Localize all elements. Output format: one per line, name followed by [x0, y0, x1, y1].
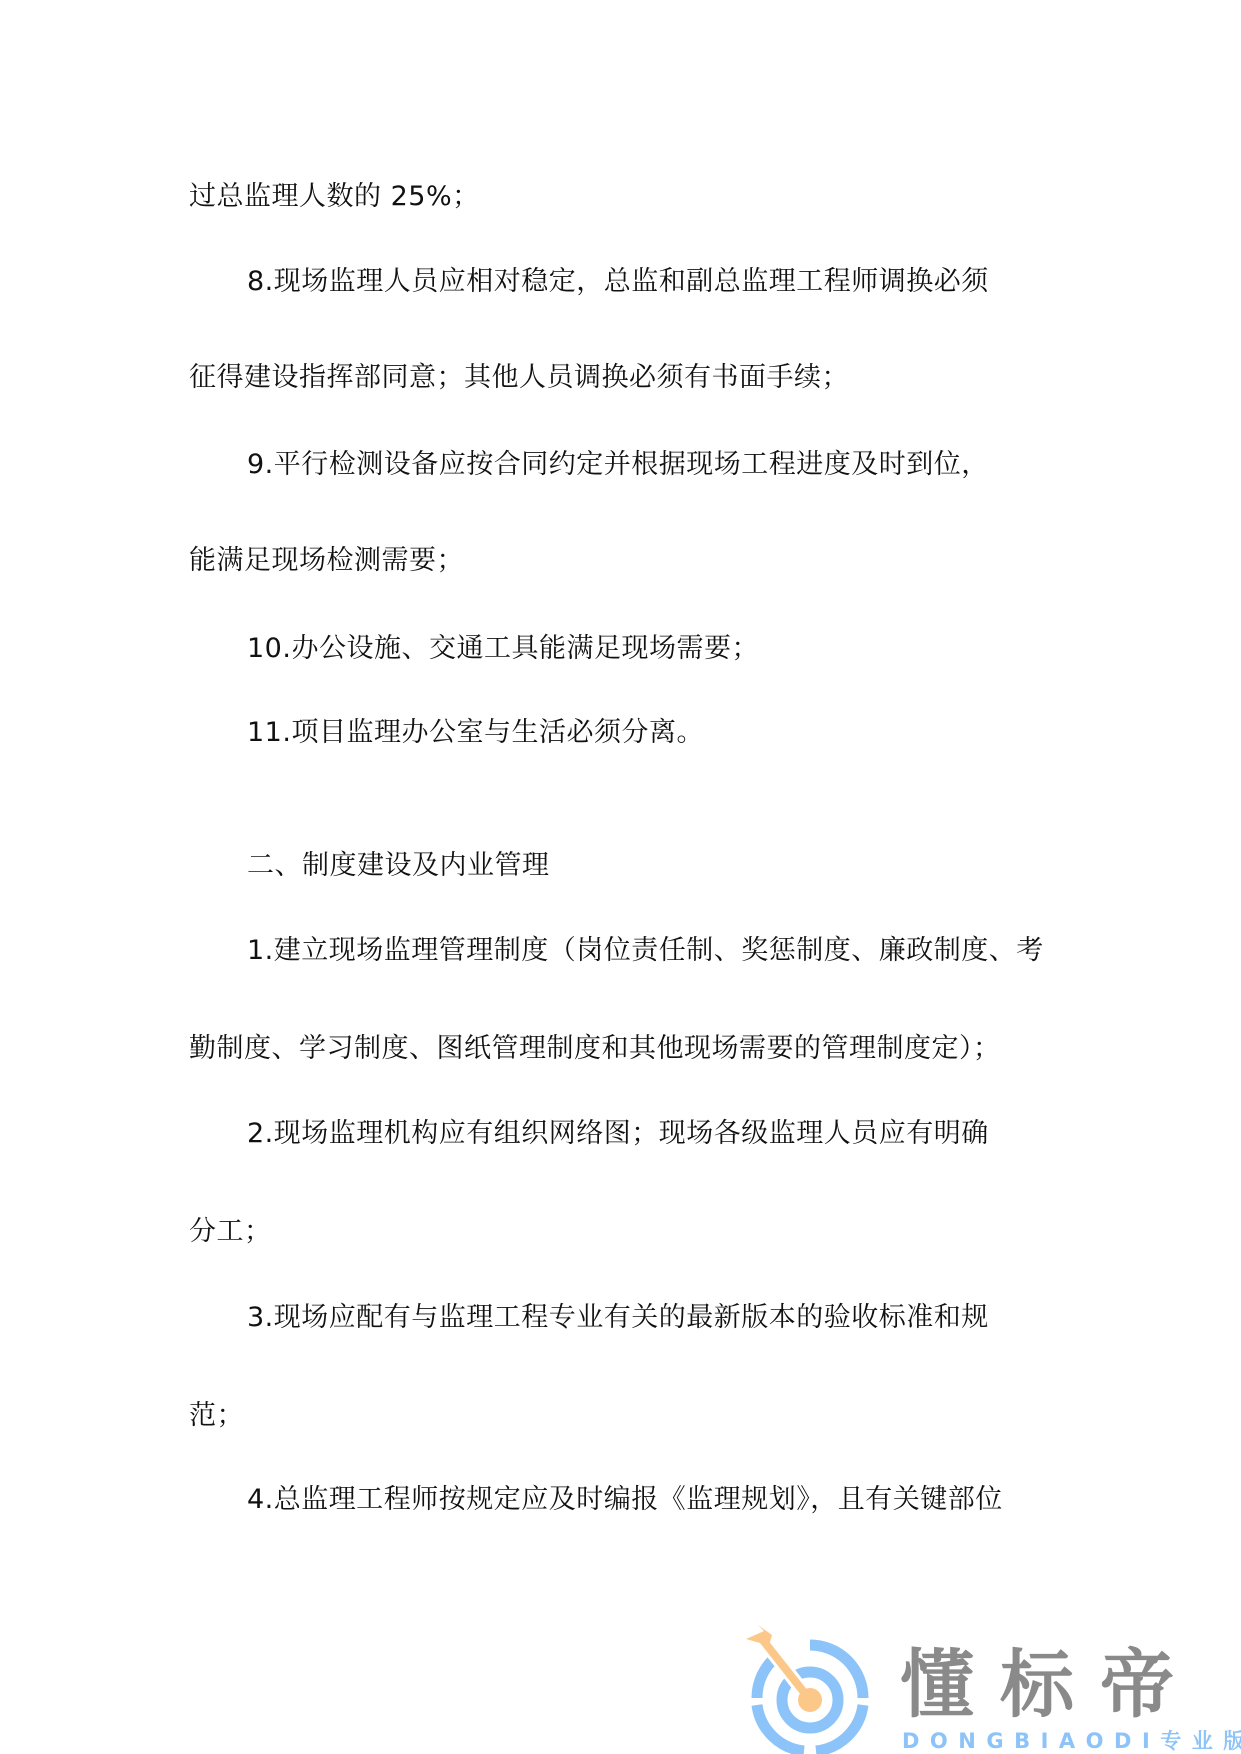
text-line: 能满足现场检测需要；	[189, 544, 464, 578]
text-line: 范；	[189, 1399, 244, 1433]
text-line: 2.现场监理机构应有组织网络图；现场各级监理人员应有明确	[247, 1117, 989, 1151]
text-line: 过总监理人数的 25%；	[189, 180, 480, 214]
text-line: 4.总监理工程师按规定应及时编报《监理规划》，且有关键部位	[247, 1483, 1003, 1517]
text-line: 1.建立现场监理管理制度（岗位责任制、奖惩制度、廉政制度、考	[247, 934, 1044, 968]
document-page: 过总监理人数的 25%； 8.现场监理人员应相对稳定，总监和副总监理工程师调换必…	[0, 0, 1241, 1754]
watermark-subtitle: DONGBIAODI专业版	[902, 1729, 1241, 1753]
section-heading: 二、制度建设及内业管理	[247, 849, 550, 883]
text-line: 8.现场监理人员应相对稳定，总监和副总监理工程师调换必须	[247, 265, 989, 299]
text-line: 3.现场应配有与监理工程专业有关的最新版本的验收标准和规	[247, 1301, 989, 1335]
text-line: 11.项目监理办公室与生活必须分离。	[247, 716, 704, 750]
text-line: 9.平行检测设备应按合同约定并根据现场工程进度及时到位，	[247, 448, 989, 482]
watermark-logo: 懂标帝 DONGBIAODI专业版	[740, 1625, 1220, 1754]
text-line: 10.办公设施、交通工具能满足现场需要；	[247, 632, 759, 666]
watermark-title: 懂标帝	[900, 1645, 1200, 1725]
target-arrow-icon	[740, 1625, 870, 1754]
text-line: 分工；	[189, 1215, 272, 1249]
text-line: 征得建设指挥部同意；其他人员调换必须有书面手续；	[189, 361, 849, 395]
text-line: 勤制度、学习制度、图纸管理制度和其他现场需要的管理制度定）；	[189, 1032, 1001, 1066]
